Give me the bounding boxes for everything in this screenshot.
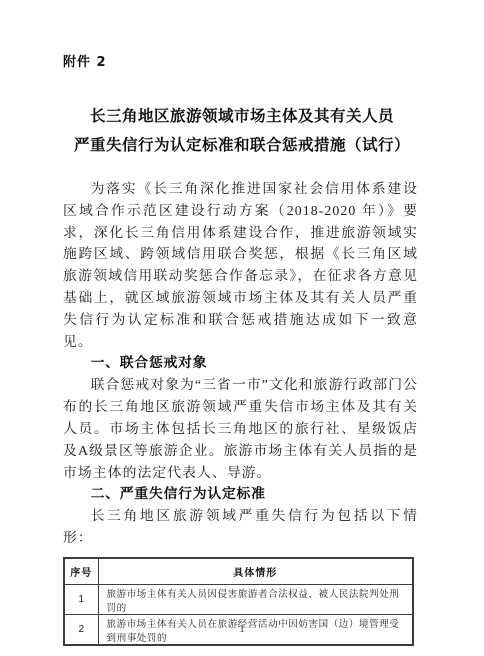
section2-heading: 二、严重失信行为认定标准 <box>63 483 418 505</box>
table-header-no: 序号 <box>64 558 98 585</box>
document-title: 长三角地区旅游领域市场主体及其有关人员 严重失信行为认定标准和联合惩戒措施（试行… <box>0 102 484 160</box>
table-row: 1 旅游市场主体有关人员因侵害旅游者合法权益，被人民法院判处刑罚的 <box>64 585 413 615</box>
section1-heading: 一、联合惩戒对象 <box>63 352 418 374</box>
section1-paragraph: 联合惩戒对象为“三省一市”文化和旅游行政部门公布的长三角地区旅游领域严重失信市场… <box>63 374 418 483</box>
document-title-line1: 长三角地区旅游领域市场主体及其有关人员 <box>0 102 484 131</box>
document-body: 为落实《长三角深化推进国家社会信用体系建设区域合作示范区建设行动方案（2018-… <box>63 178 418 646</box>
row1-description: 旅游市场主体有关人员因侵害旅游者合法权益，被人民法院判处刑罚的 <box>98 585 413 615</box>
intro-paragraph: 为落实《长三角深化推进国家社会信用体系建设区域合作示范区建设行动方案（2018-… <box>63 178 418 352</box>
document-title-line2: 严重失信行为认定标准和联合惩戒措施（试行） <box>0 131 484 160</box>
table-header-desc: 具体情形 <box>98 558 413 585</box>
row1-number: 1 <box>64 585 98 615</box>
page-number: 1 <box>0 624 484 635</box>
table-header-row: 序号 具体情形 <box>64 558 413 585</box>
section2-intro: 长三角地区旅游领域严重失信行为包括以下情形： <box>63 505 418 549</box>
document-page: 附件 2 长三角地区旅游领域市场主体及其有关人员 严重失信行为认定标准和联合惩戒… <box>0 0 484 656</box>
attachment-label: 附件 2 <box>63 51 107 70</box>
